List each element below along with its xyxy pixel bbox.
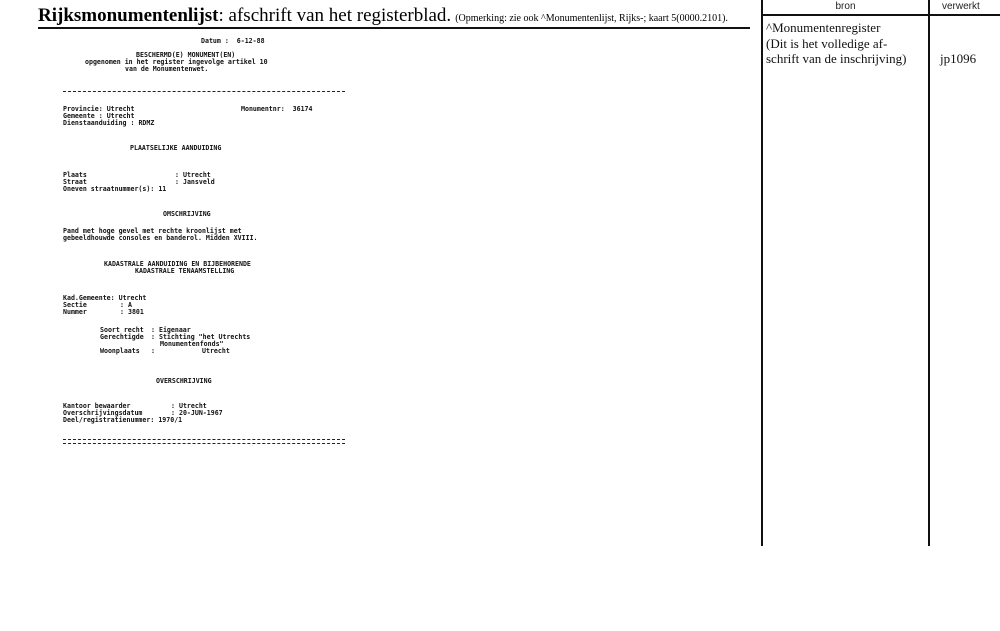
table-border-middle (928, 0, 930, 546)
woonplaats-value: Utrecht (202, 348, 230, 355)
header-rule (38, 27, 750, 29)
registratienummer-row: Deel/registratienummer: 1970/1 (63, 417, 182, 424)
straatnummer-row: Oneven straatnummer(s): 11 (63, 186, 166, 193)
table-border-left (761, 0, 763, 546)
kadastraal-heading: KADASTRALE TENAAMSTELLING (135, 268, 234, 275)
straat-value: : Jansveld (175, 179, 215, 186)
dashed-separator (63, 91, 345, 92)
dienst-row: Dienstaanduiding : RDMZ (63, 120, 154, 127)
datum-row: Datum : 6-12-88 (201, 38, 265, 45)
woonplaats-label: Woonplaats (100, 348, 140, 355)
nummer-label: Nummer (63, 309, 87, 316)
double-dashed-separator (63, 439, 345, 444)
bron-line: ^Monumentenregister (766, 20, 930, 36)
title-regular: : afschrift van het registerblad. (219, 5, 452, 26)
nummer-value: : 3801 (120, 309, 144, 316)
omschrijving-heading: OMSCHRIJVING (163, 211, 211, 218)
column-header-bron: bron (763, 0, 928, 13)
datum-label: Datum : (201, 37, 229, 45)
verwerkt-cell: jp1096 (940, 51, 976, 67)
card-title: Rijksmonumentenlijst: afschrift van het … (38, 5, 728, 27)
register-extract: Datum : 6-12-88 BESCHERMD(E) MONUMENT(EN… (63, 38, 71, 404)
bron-line: schrift van de inschrijving) (766, 51, 930, 67)
omschrijving-line: gebeeldhouwde consoles en banderol. Midd… (63, 235, 258, 242)
overschrijving-heading: OVERSCHRIJVING (156, 378, 212, 385)
monumentnr-row: Monumentnr: 36174 (241, 106, 312, 113)
bron-line: (Dit is het volledige af- (766, 36, 930, 52)
column-header-verwerkt: verwerkt (930, 0, 1000, 13)
woonplaats-sep: : (151, 348, 155, 355)
plaatselijke-heading: PLAATSELIJKE AANDUIDING (130, 145, 221, 152)
heading-line: van de Monumentenwet. (125, 66, 208, 73)
bron-cell: ^Monumentenregister (Dit is het volledig… (766, 20, 930, 67)
table-header-rule (762, 14, 1000, 16)
gerechtigde-label: Gerechtigde (100, 334, 144, 341)
title-bold: Rijksmonumentenlijst (38, 5, 219, 26)
datum-value: 6-12-88 (237, 37, 265, 45)
title-note: (Opmerking: zie ook ^Monumentenlijst, Ri… (455, 13, 728, 24)
